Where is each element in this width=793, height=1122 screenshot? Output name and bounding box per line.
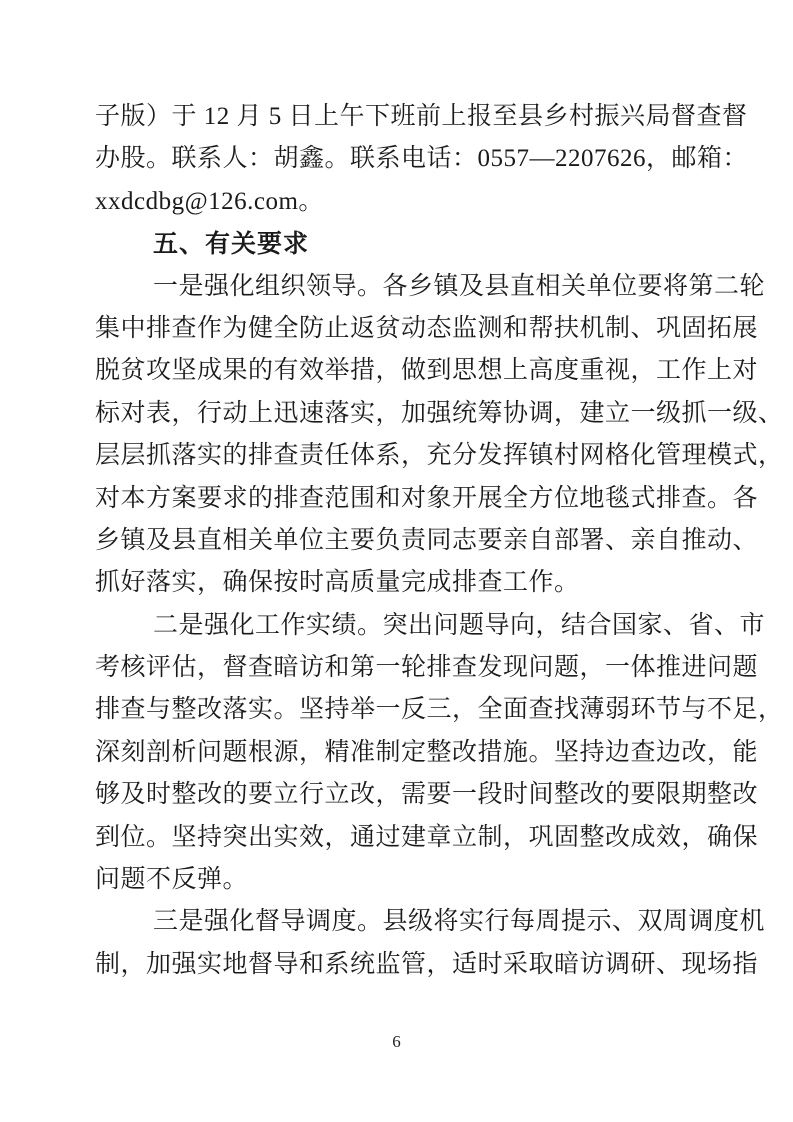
body-line: 够及时整改的要立行立改，需要一段时间整改的要限期整改 <box>95 774 701 816</box>
body-line: 脱贫攻坚成果的有效举措，做到思想上高度重视，工作上对 <box>95 350 701 392</box>
body-line: 抓好落实，确保按时高质量完成排查工作。 <box>95 562 701 604</box>
body-line: 层层抓落实的排查责任体系，充分发挥镇村网格化管理模式， <box>95 435 701 477</box>
body-line: xxdcdbg@126.com。 <box>95 181 701 223</box>
body-line: 深刻剖析问题根源，精准制定整改措施。坚持边查边改，能 <box>95 732 701 774</box>
body-line: 一是强化组织领导。各乡镇及县直相关单位要将第二轮 <box>95 266 701 308</box>
body-line: 子版）于 12 月 5 日上午下班前上报至县乡村振兴局督查督 <box>95 96 701 138</box>
body-line: 乡镇及县直相关单位主要负责同志要亲自部署、亲自推动、 <box>95 520 701 562</box>
body-line: 二是强化工作实绩。突出问题导向，结合国家、省、市 <box>95 605 701 647</box>
body-line: 到位。坚持突出实效，通过建章立制，巩固整改成效，确保 <box>95 817 701 859</box>
section-heading: 五、有关要求 <box>95 223 701 265</box>
body-line: 排查与整改落实。坚持举一反三，全面查找薄弱环节与不足， <box>95 689 701 731</box>
body-line: 对本方案要求的排查范围和对象开展全方位地毯式排查。各 <box>95 478 701 520</box>
body-line: 制，加强实地督导和系统监管，适时采取暗访调研、现场指 <box>95 944 701 986</box>
body-line: 办股。联系人：胡鑫。联系电话：0557—2207626，邮箱： <box>95 138 701 180</box>
body-line: 考核评估，督查暗访和第一轮排查发现问题，一体推进问题 <box>95 647 701 689</box>
page-number: 6 <box>0 1032 793 1052</box>
body-line: 标对表，行动上迅速落实，加强统筹协调，建立一级抓一级、 <box>95 393 701 435</box>
body-line: 三是强化督导调度。县级将实行每周提示、双周调度机 <box>95 901 701 943</box>
body-line: 集中排查作为健全防止返贫动态监测和帮扶机制、巩固拓展 <box>95 308 701 350</box>
body-line: 问题不反弹。 <box>95 859 701 901</box>
document-page: 子版）于 12 月 5 日上午下班前上报至县乡村振兴局督查督 办股。联系人：胡鑫… <box>0 0 793 1122</box>
page-content: 子版）于 12 月 5 日上午下班前上报至县乡村振兴局督查督 办股。联系人：胡鑫… <box>95 96 701 986</box>
